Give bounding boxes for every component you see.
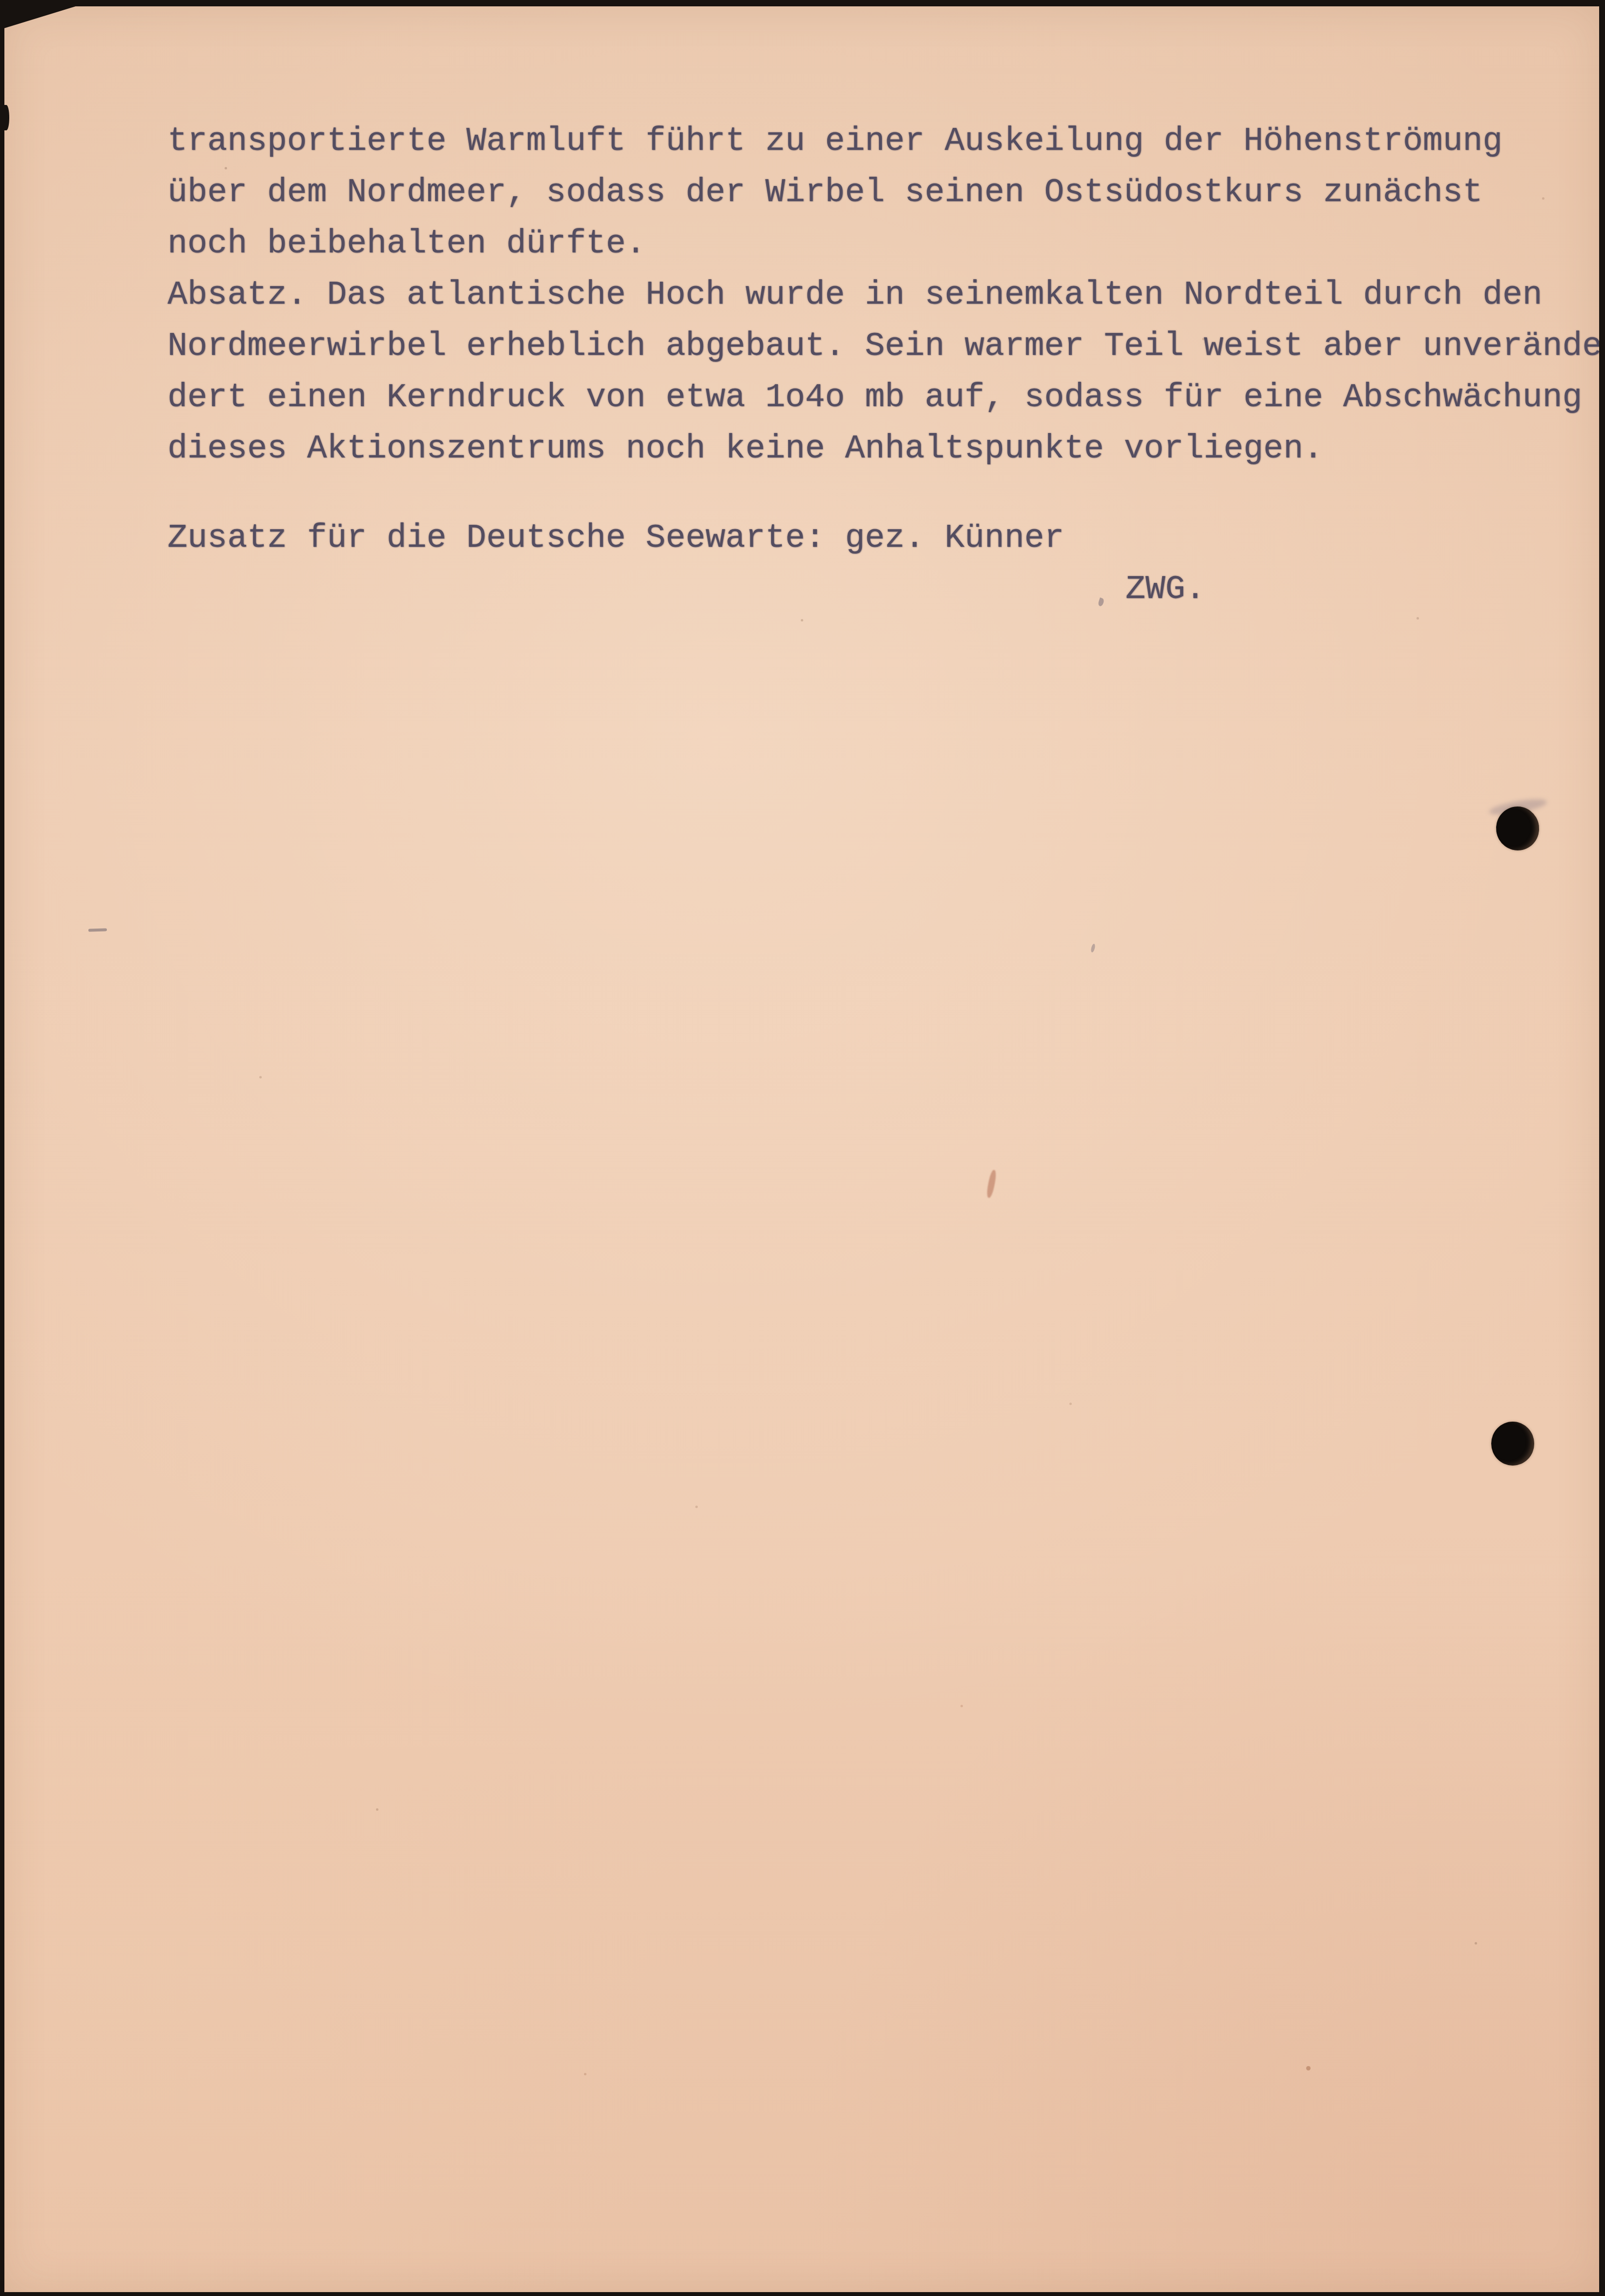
addendum-line: Zusatz für die Deutsche Seewarte: gez. K… [167, 513, 1599, 564]
clipped-corner [4, 6, 77, 28]
text-line: noch beibehalten dürfte. [167, 218, 1599, 269]
text-line: Absatz. Das atlantische Hoch wurde in se… [167, 269, 1599, 321]
text-line: Nordmeerwirbel erheblich abgebaut. Sein … [167, 321, 1599, 372]
edge-nick [4, 105, 9, 130]
text-line: über dem Nordmeer, sodass der Wirbel sei… [167, 167, 1599, 218]
document-scan: transportierte Warmluft führt zu einer A… [0, 0, 1605, 2296]
paper-speck [1306, 2066, 1311, 2070]
text-line: dieses Aktionszentrums noch keine Anhalt… [167, 423, 1599, 475]
document-page: transportierte Warmluft führt zu einer A… [4, 6, 1599, 2292]
red-fibre-mark [986, 1169, 998, 1198]
text-line: dert einen Kerndruck von etwa 1o4o mb au… [167, 372, 1599, 423]
paper-dust [4, 6, 6, 8]
stray-ink-mark [1090, 943, 1096, 952]
typewritten-text: transportierte Warmluft führt zu einer A… [167, 116, 1599, 615]
signature-initials: ZWG. [167, 564, 1599, 615]
text-line: transportierte Warmluft führt zu einer A… [167, 116, 1599, 167]
punch-hole [1491, 1422, 1534, 1466]
stray-ink-dash [88, 928, 107, 931]
